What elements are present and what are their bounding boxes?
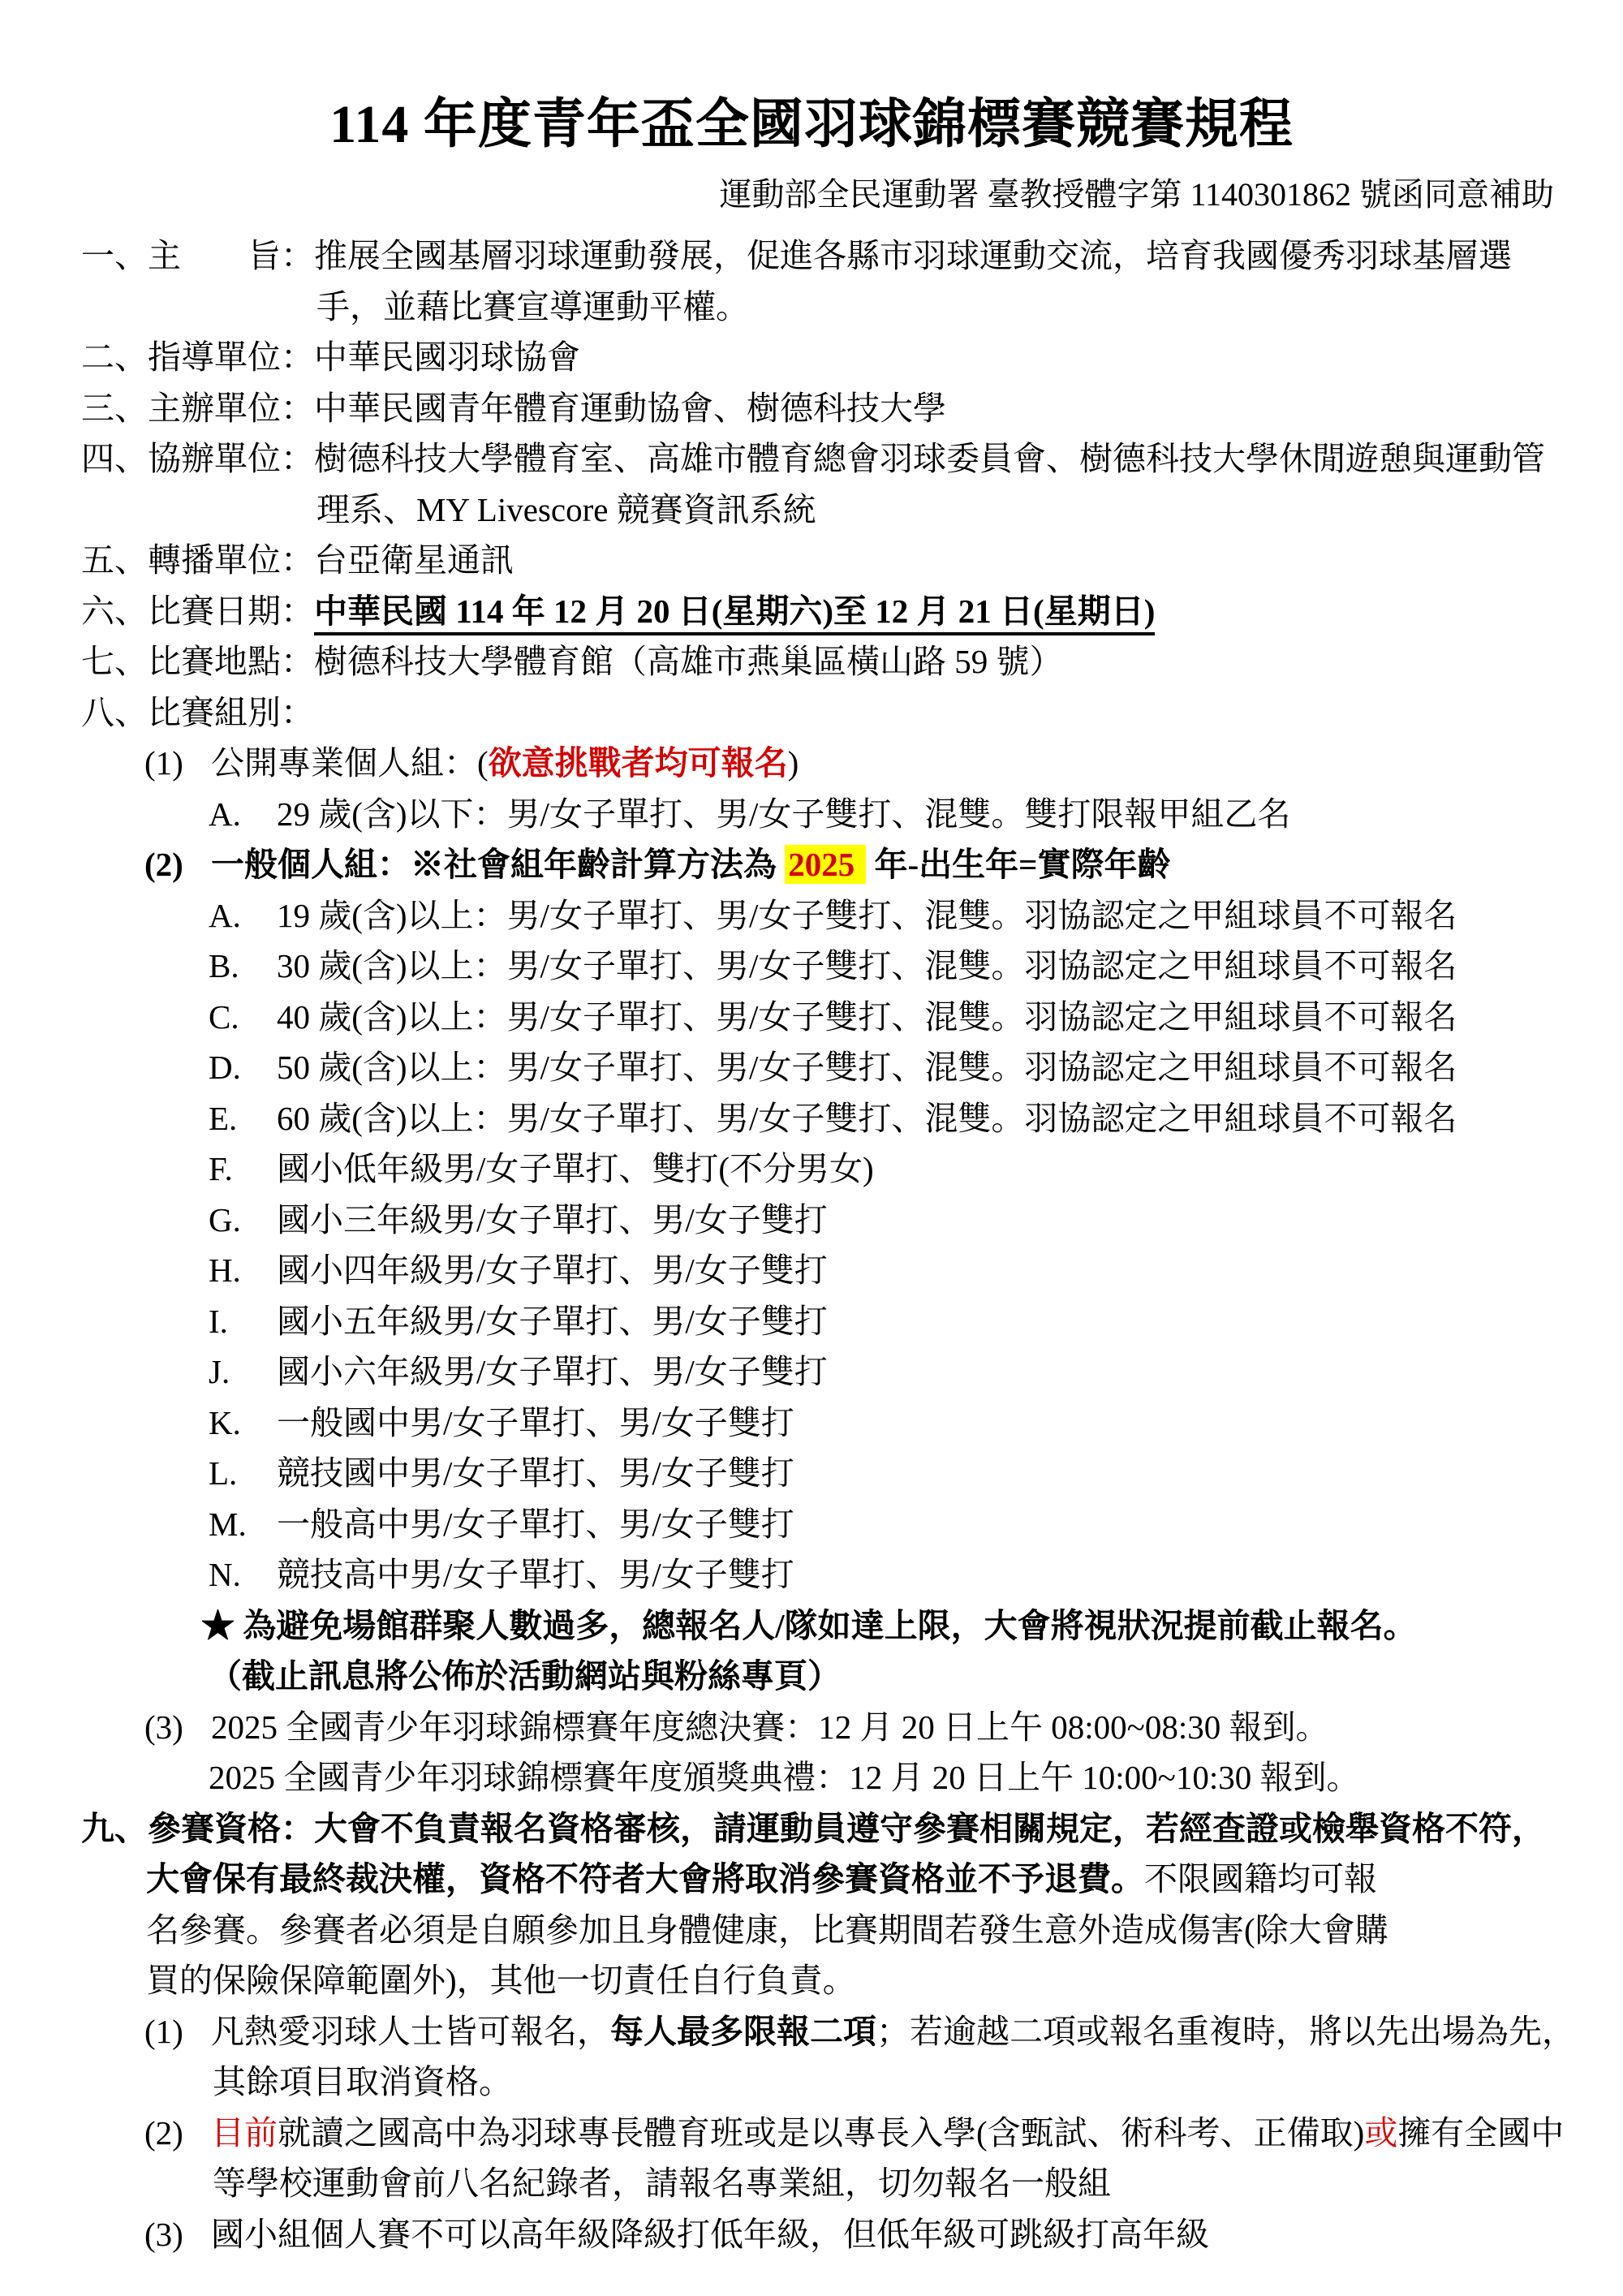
item-marker: (2) (144, 839, 211, 890)
general-group-line: (2)一般個人組：※社會組年齡計算方法為 2025 年-出生年=實際年齡 (144, 839, 1623, 890)
venue-line: 七、比賽地點：樹德科技大學體育館（高雄市燕巢區橫山路 59 號） (81, 636, 1623, 687)
co-organizer-line-1: 四、協辦單位：樹德科技大學體育室、高雄市體育總會羽球委員會、樹德科技大學休閒遊憩… (81, 433, 1623, 485)
row-marker: E. (209, 1093, 277, 1144)
open-group-row: A.29 歲(含)以下：男/女子單打、男/女子雙打、混雙。雙打限報甲組乙名 (209, 789, 1623, 840)
text-run: 19 歲(含)以上：男/女子單打、男/女子雙打、混雙。羽協認定之甲組球員不可報名 (277, 897, 1457, 934)
text-run: 2025 全國青少年羽球錦標賽年度總決賽：12 月 20 日上午 08:00~0… (211, 1708, 1328, 1746)
organizer-line: 三、主辦單位：中華民國青年體育運動協會、樹德科技大學 (81, 383, 1623, 434)
eligibility-item-1-line-1: (1)凡熱愛羽球人士皆可報名，每人最多限報二項；若逾越二項或報名重複時，將以先出… (144, 2006, 1623, 2057)
general-group-row: C.40 歲(含)以上：男/女子單打、男/女子雙打、混雙。羽協認定之甲組球員不可… (209, 992, 1623, 1043)
text-run: 一般高中男/女子單打、男/女子雙打 (277, 1506, 794, 1543)
row-marker: C. (209, 992, 277, 1043)
general-group-row: B.30 歲(含)以上：男/女子單打、男/女子雙打、混雙。羽協認定之甲組球員不可… (209, 941, 1623, 992)
text-run: 40 歲(含)以上：男/女子單打、男/女子雙打、混雙。羽協認定之甲組球員不可報名 (277, 998, 1457, 1036)
awards-line: 2025 全國青少年羽球錦標賽年度頒獎典禮：12 月 20 日上午 10:00~… (209, 1752, 1623, 1803)
eligibility-line-3: 名參賽。參賽者必須是自願參加且身體健康，比賽期間若發生意外造成傷害(除大會購 (146, 1905, 1623, 1956)
broadcast-line: 五、轉播單位：台亞衛星通訊 (81, 535, 1623, 586)
highlight-year: 2025 (785, 845, 866, 884)
eligibility-item-2-line-1: (2)目前就讀之國高中為羽球專長體育班或是以專長入學(含甄試、術科考、正備取)或… (144, 2108, 1623, 2159)
item-marker: (2) (144, 2108, 211, 2159)
general-group-row: N.競技高中男/女子單打、男/女子雙打 (209, 1549, 1623, 1600)
row-marker: D. (209, 1042, 277, 1093)
text-run: 擁有全國中 (1397, 2114, 1564, 2152)
row-marker: A. (209, 890, 277, 941)
text-run: 競技國中男/女子單打、男/女子雙打 (277, 1454, 794, 1492)
approval-note: 運動部全民運動署 臺教授體字第 1140301862 號函同意補助 (0, 170, 1623, 219)
eligibility-item-2-line-2: 等學校運動會前八名紀錄者，請報名專業組，切勿報名一般組 (213, 2158, 1623, 2209)
general-group-row: J.國小六年級男/女子單打、男/女子雙打 (209, 1346, 1623, 1398)
general-group-row: K.一般國中男/女子單打、男/女子雙打 (209, 1398, 1623, 1449)
general-group-row: G.國小三年級男/女子單打、男/女子雙打 (209, 1195, 1623, 1246)
page-title: 114 年度青年盃全國羽球錦標賽競賽規程 (0, 80, 1623, 170)
row-marker: I. (209, 1296, 277, 1347)
general-group-row: M.一般高中男/女子單打、男/女子雙打 (209, 1499, 1623, 1550)
item-marker: (1) (144, 738, 211, 789)
row-marker: G. (209, 1195, 277, 1246)
co-organizer-line-2: 理系、MY Livescore 競賽資訊系統 (316, 485, 1623, 536)
text-run: 就讀之國高中為羽球專長體育班或是以專長入學(含甄試、術科考、正備取) (278, 2114, 1364, 2152)
text-run: ；若逾越二項或報名重複時，將以先出場為先， (876, 2013, 1575, 2050)
text-run: 凡熱愛羽球人士皆可報名， (211, 2013, 610, 2050)
text-run: 國小組個人賽不可以高年級降級打低年級，但低年級可跳級打高年級 (211, 2216, 1209, 2253)
text-run: 60 歲(含)以上：男/女子單打、男/女子雙打、混雙。羽協認定之甲組球員不可報名 (277, 1100, 1457, 1137)
row-marker: B. (209, 941, 277, 992)
date-line: 六、比賽日期：中華民國 114 年 12 月 20 日(星期六)至 12 月 2… (81, 586, 1623, 637)
text-run: 國小六年級男/女子單打、男/女子雙打 (277, 1353, 828, 1390)
text-run: 一般個人組：※社會組年齡計算方法為 (211, 846, 785, 883)
text-run: 國小五年級男/女子單打、男/女子雙打 (277, 1303, 828, 1340)
eligibility-item-1-line-2: 其餘項目取消資格。 (213, 2057, 1623, 2108)
general-group-row: A.19 歲(含)以上：男/女子單打、男/女子雙打、混雙。羽協認定之甲組球員不可… (209, 890, 1623, 941)
capacity-warning-line: ★ 為避免場館群聚人數過多，總報名人/隊如達上限，大會將視狀況提前截止報名。 (201, 1600, 1623, 1652)
mission-line-2: 手，並藉比賽宣導運動平權。 (316, 282, 1623, 333)
item-marker: (3) (144, 2209, 211, 2260)
document-body: 一、主 旨：推展全國基層羽球運動發展，促進各縣市羽球運動交流，培育我國優秀羽球基… (0, 230, 1623, 2259)
text-run: 30 歲(含)以上：男/女子單打、男/女子雙打、混雙。羽協認定之甲組球員不可報名 (277, 947, 1457, 984)
text-run-bold: 每人最多限報二項 (610, 2013, 876, 2050)
capacity-note-line: （截止訊息將公佈於活動網站與粉絲專頁） (209, 1651, 1623, 1702)
text-run: 不限國籍均可報 (1144, 1860, 1377, 1898)
mission-line-1: 一、主 旨：推展全國基層羽球運動發展，促進各縣市羽球運動交流，培育我國優秀羽球基… (81, 230, 1623, 282)
eligibility-item-3-line: (3)國小組個人賽不可以高年級降級打低年級，但低年級可跳級打高年級 (144, 2209, 1623, 2260)
row-marker: J. (209, 1346, 277, 1398)
row-marker: A. (209, 789, 277, 840)
date-value: 中華民國 114 年 12 月 20 日(星期六)至 12 月 21 日(星期日… (314, 592, 1155, 635)
text-run: 50 歲(含)以上：男/女子單打、男/女子雙打、混雙。羽協認定之甲組球員不可報名 (277, 1049, 1457, 1086)
text-run: ) (788, 744, 799, 782)
eligibility-line-1: 九、參賽資格：大會不負責報名資格審核，請運動員遵守參賽相關規定，若經查證或檢舉資… (81, 1803, 1623, 1854)
open-group-line: (1)公開專業個人組：(欲意挑戰者均可報名) (144, 738, 1623, 789)
row-marker: K. (209, 1398, 277, 1449)
open-group-red-note: 欲意挑戰者均可報名 (489, 744, 788, 782)
eligibility-line-4: 買的保險保障範圍外)，其他一切責任自行負責。 (146, 1955, 1623, 2006)
text-run: 國小低年級男/女子單打、雙打(不分男女) (277, 1150, 874, 1187)
row-marker: F. (209, 1144, 277, 1195)
text-run: 國小三年級男/女子單打、男/女子雙打 (277, 1201, 828, 1238)
general-group-row: E.60 歲(含)以上：男/女子單打、男/女子雙打、混雙。羽協認定之甲組球員不可… (209, 1093, 1623, 1144)
text-run: 大會保有最終裁決權，資格不符者大會將取消參賽資格並不予退費。 (146, 1860, 1144, 1898)
text-run: 競技高中男/女子單打、男/女子雙打 (277, 1556, 794, 1593)
general-group-row: I.國小五年級男/女子單打、男/女子雙打 (209, 1296, 1623, 1347)
guidance-unit-line: 二、指導單位：中華民國羽球協會 (81, 332, 1623, 383)
general-group-row: H.國小四年級男/女子單打、男/女子雙打 (209, 1245, 1623, 1296)
date-label: 六、比賽日期： (81, 592, 314, 630)
row-marker: L. (209, 1448, 277, 1499)
eligibility-line-2: 大會保有最終裁決權，資格不符者大會將取消參賽資格並不予退費。不限國籍均可報 (146, 1854, 1623, 1905)
text-run: 國小四年級男/女子單打、男/女子雙打 (277, 1251, 828, 1289)
red-text-run: 或 (1364, 2114, 1397, 2152)
row-marker: H. (209, 1245, 277, 1296)
text-run: 一般國中男/女子單打、男/女子雙打 (277, 1404, 794, 1441)
text-run: 公開專業個人組：( (211, 744, 489, 782)
division-header-line: 八、比賽組別： (81, 687, 1623, 739)
document-page: 114 年度青年盃全國羽球錦標賽競賽規程 運動部全民運動署 臺教授體字第 114… (0, 0, 1623, 2296)
finals-line: (3)2025 全國青少年羽球錦標賽年度總決賽：12 月 20 日上午 08:0… (144, 1702, 1623, 1753)
row-marker: M. (209, 1499, 277, 1550)
general-group-row: L.競技國中男/女子單打、男/女子雙打 (209, 1448, 1623, 1499)
text-run: 29 歲(含)以下：男/女子單打、男/女子雙打、混雙。雙打限報甲組乙名 (277, 795, 1290, 833)
general-group-row: F.國小低年級男/女子單打、雙打(不分男女) (209, 1144, 1623, 1195)
general-group-row: D.50 歲(含)以上：男/女子單打、男/女子雙打、混雙。羽協認定之甲組球員不可… (209, 1042, 1623, 1093)
item-marker: (1) (144, 2006, 211, 2057)
red-text-run: 目前 (211, 2114, 278, 2152)
item-marker: (3) (144, 1702, 211, 1753)
text-run: 年-出生年=實際年齡 (866, 846, 1170, 883)
row-marker: N. (209, 1549, 277, 1600)
